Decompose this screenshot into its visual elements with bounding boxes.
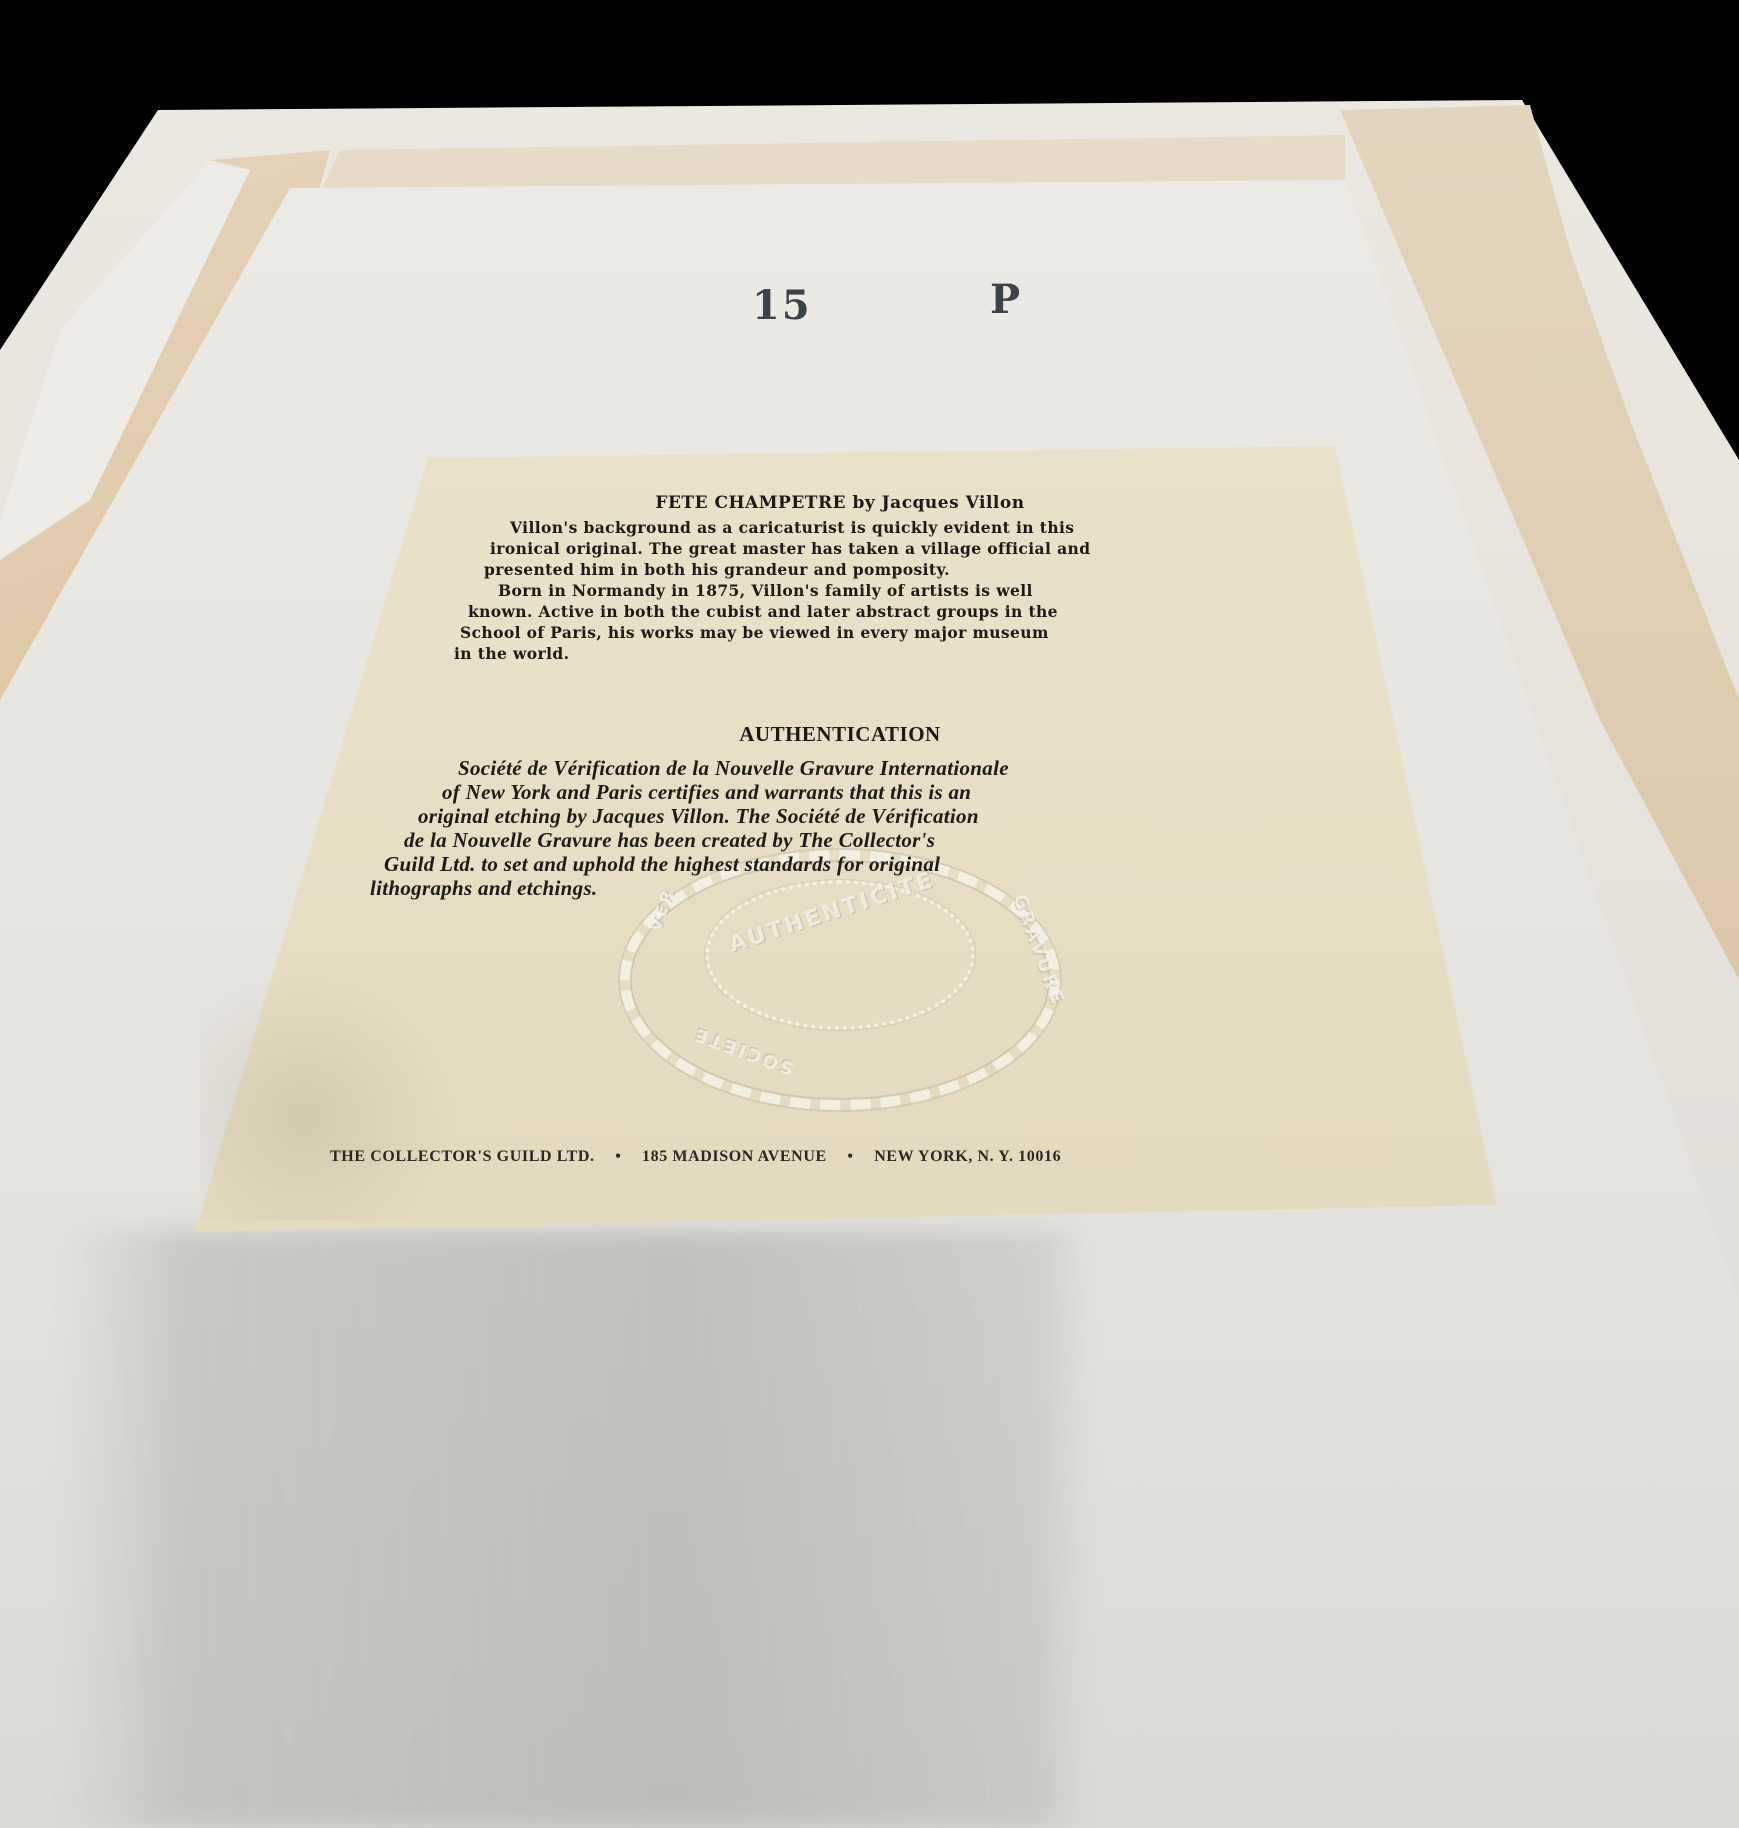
authentication-text: Société de Vérification de la Nouvelle G…: [400, 756, 1009, 900]
intro-line: ironical original. The great master has …: [490, 538, 1090, 559]
label-footer: THE COLLECTOR'S GUILD LTD. • 185 MADISON…: [330, 1148, 1061, 1166]
auth-line: Guild Ltd. to set and uphold the highest…: [384, 852, 1009, 876]
label-title: FETE CHAMPETRE by Jacques Villon: [480, 493, 1200, 513]
footer-address: 185 MADISON AVENUE: [642, 1148, 827, 1166]
photo-scene: 15 P AUTHENTICITE GRAVURE SOCIETE VER FE…: [0, 0, 1739, 1828]
shadow: [60, 1230, 1090, 1828]
footer-separator: •: [847, 1148, 853, 1166]
intro-line: known. Active in both the cubist and lat…: [468, 601, 1090, 622]
auth-line: of New York and Paris certifies and warr…: [442, 780, 1009, 804]
auth-line: original etching by Jacques Villon. The …: [418, 804, 1009, 828]
label-stain: [200, 960, 460, 1220]
intro-line: Villon's background as a caricaturist is…: [510, 517, 1090, 538]
footer-company: THE COLLECTOR'S GUILD LTD.: [330, 1148, 595, 1166]
auth-line: de la Nouvelle Gravure has been created …: [404, 828, 1009, 852]
intro-line: in the world.: [454, 643, 1090, 664]
auth-line: lithographs and etchings.: [370, 876, 1009, 900]
intro-line: presented him in both his grandeur and p…: [484, 559, 1090, 580]
auth-line: Société de Vérification de la Nouvelle G…: [458, 756, 1009, 780]
intro-line: School of Paris, his works may be viewed…: [460, 622, 1090, 643]
label-intro: Villon's background as a caricaturist is…: [470, 517, 1090, 664]
edition-number: 15: [752, 282, 812, 329]
edition-letter: P: [990, 276, 1022, 323]
authentication-heading: AUTHENTICATION: [560, 722, 1120, 747]
footer-separator: •: [615, 1148, 621, 1166]
footer-city: NEW YORK, N. Y. 10016: [874, 1148, 1061, 1166]
intro-line: Born in Normandy in 1875, Villon's famil…: [498, 580, 1090, 601]
